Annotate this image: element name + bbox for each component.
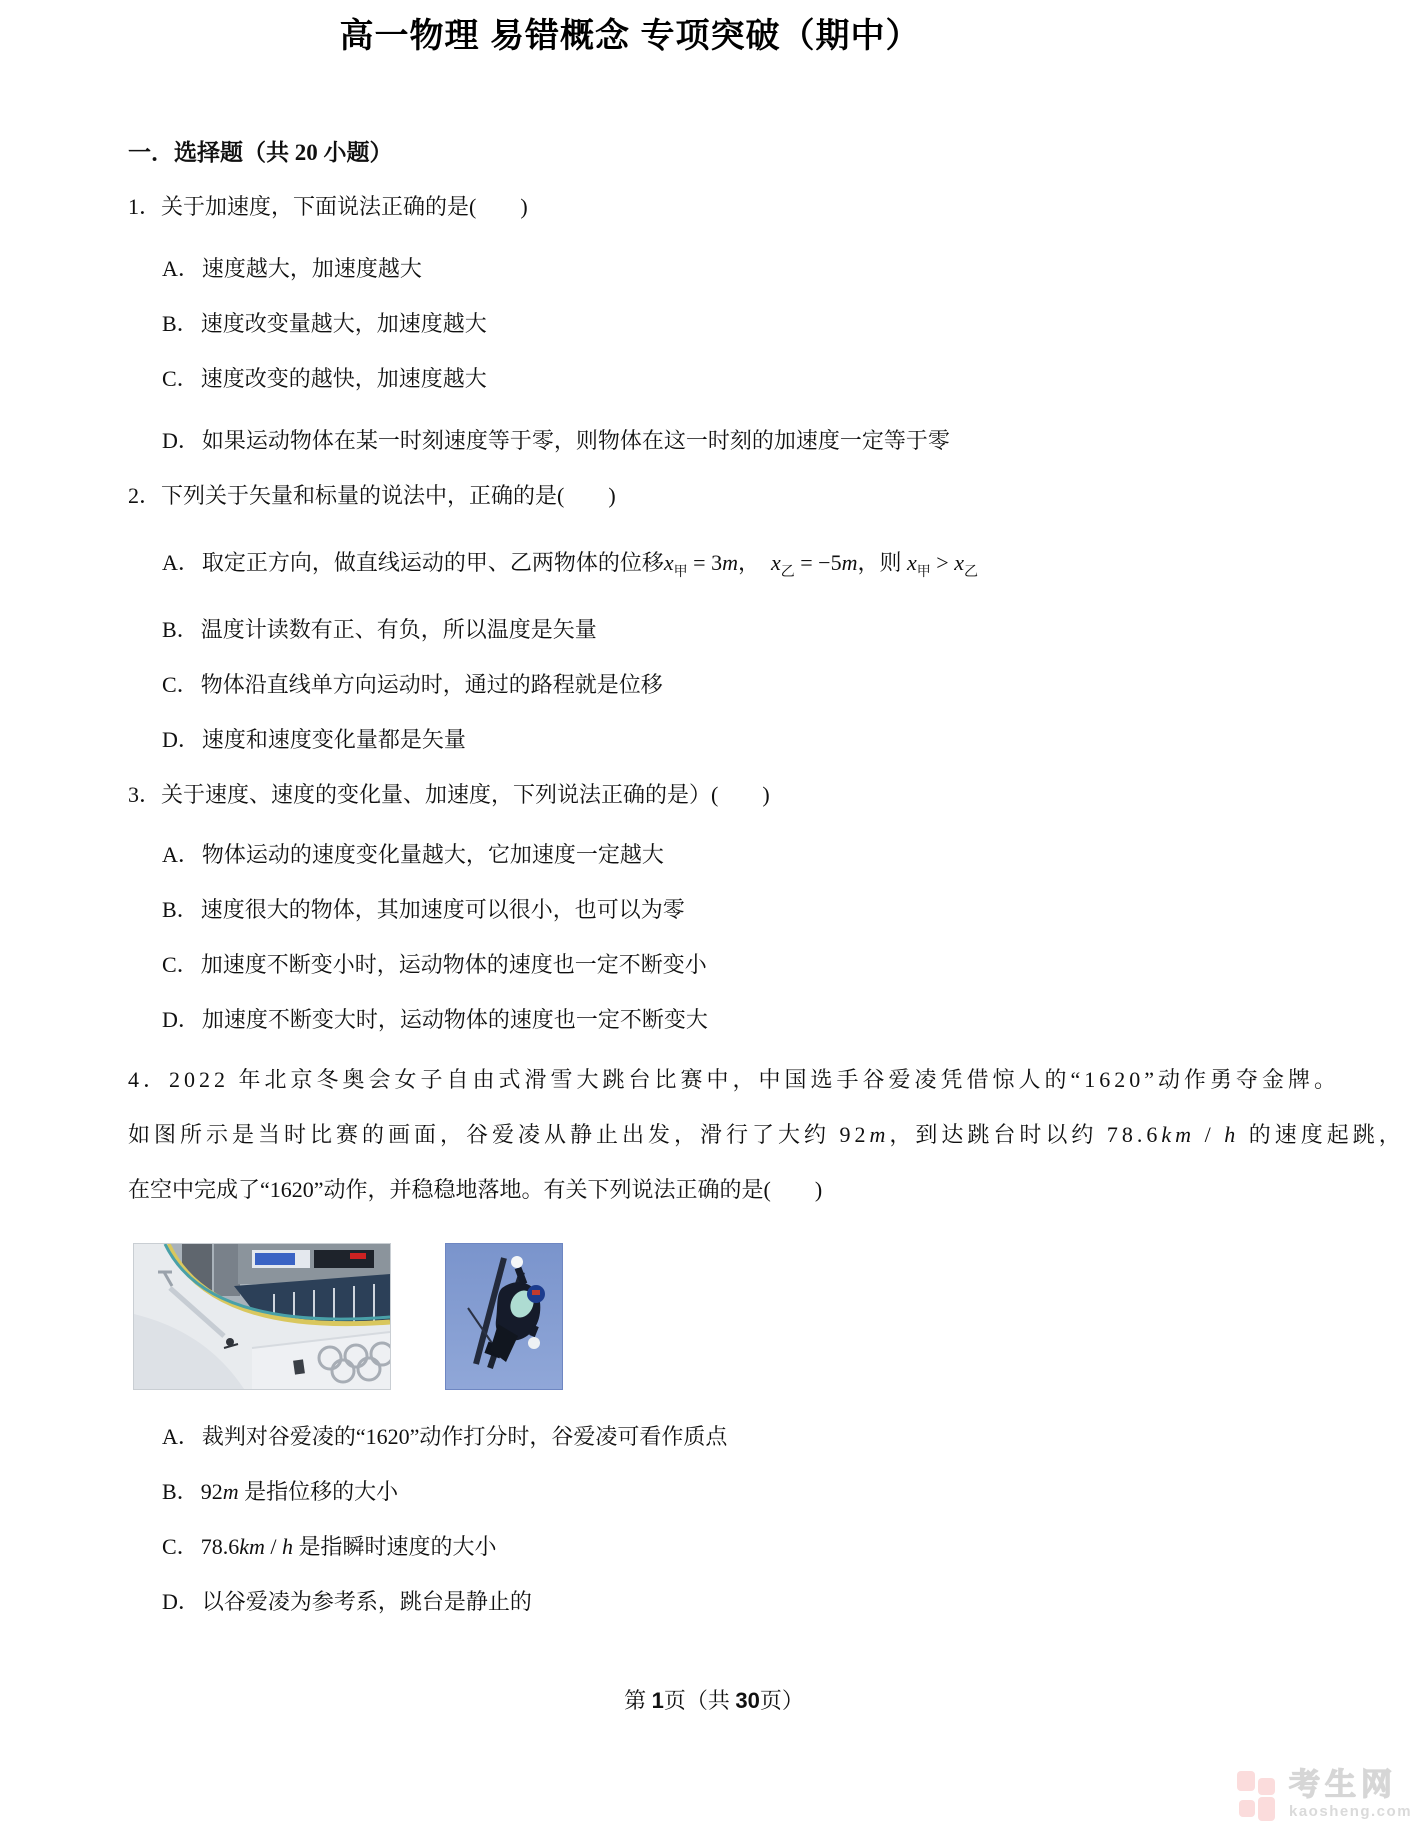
option-text: 物体运动的速度变化量越大，它加速度一定越大 <box>202 838 664 869</box>
question-4-stem-line-2: 如图所示是当时比赛的画面，谷爱凌从静止出发，滑行了大约 92m，到达跳台时以约 … <box>128 1106 1348 1161</box>
question-1-option-b: B． 速度改变量越大，加速度越大 <box>128 295 1348 350</box>
option-label: D． <box>162 424 200 455</box>
question-3-option-b: B． 速度很大的物体，其加速度可以很小，也可以为零 <box>128 881 1348 936</box>
question-3: 3． 关于速度、速度的变化量、加速度，下列说法正确的是）( ) A． 物体运动的… <box>128 766 1348 1046</box>
question-3-stem: 3． 关于速度、速度的变化量、加速度，下列说法正确的是）( ) <box>128 766 1348 821</box>
question-4-figures <box>128 1243 1348 1388</box>
question-1-option-d: D． 如果运动物体在某一时刻速度等于零，则物体在这一时刻的加速度一定等于零 <box>128 412 1348 467</box>
option-text: 以谷爱凌为参考系，跳台是静止的 <box>202 1585 532 1616</box>
option-text-math: 92m 是指位移的大小 <box>201 1475 398 1506</box>
question-3-option-d: D． 加速度不断变大时，运动物体的速度也一定不断变大 <box>128 991 1348 1046</box>
question-3-option-a: A． 物体运动的速度变化量越大，它加速度一定越大 <box>128 826 1348 881</box>
option-text: 速度很大的物体，其加速度可以很小，也可以为零 <box>201 893 685 924</box>
option-text: 温度计读数有正、有负，所以温度是矢量 <box>201 613 597 644</box>
option-label: B． <box>162 613 199 644</box>
page-number-footer: 第 1页（共 30页） <box>0 1684 1428 1712</box>
question-1: 1． 关于加速度，下面说法正确的是( ) A． 速度越大，加速度越大 B． 速度… <box>128 178 1348 467</box>
option-label: A． <box>162 546 200 577</box>
option-label: C． <box>162 948 199 979</box>
option-label: A． <box>162 838 200 869</box>
option-text: 物体沿直线单方向运动时，通过的路程就是位移 <box>201 668 663 699</box>
question-4-option-a: A． 裁判对谷爱凌的“1620”动作打分时，谷爱凌可看作质点 <box>128 1408 1348 1463</box>
question-4-text: 如图所示是当时比赛的画面，谷爱凌从静止出发，滑行了大约 92m，到达跳台时以约 … <box>128 1118 1405 1149</box>
option-label: B． <box>162 893 199 924</box>
option-text: 裁判对谷爱凌的“1620”动作打分时，谷爱凌可看作质点 <box>202 1420 728 1451</box>
question-2-number: 2． <box>128 479 161 510</box>
option-text: 速度改变的越快，加速度越大 <box>201 362 487 393</box>
option-label: C． <box>162 668 199 699</box>
question-1-number: 1． <box>128 190 161 221</box>
question-4-option-b: B． 92m 是指位移的大小 <box>128 1463 1348 1518</box>
option-text-math: 78.6km / h 是指瞬时速度的大小 <box>201 1530 497 1561</box>
question-3-number: 3． <box>128 778 161 809</box>
kaosheng-logo-icon <box>1237 1769 1279 1823</box>
option-label: D． <box>162 723 200 754</box>
option-label: B． <box>162 1475 199 1506</box>
option-label: B． <box>162 307 199 338</box>
section-header: 一．选择题（共 20 小题） <box>128 123 1348 178</box>
exam-body: 一．选择题（共 20 小题） 1． 关于加速度，下面说法正确的是( ) A． 速… <box>128 123 1348 1628</box>
question-1-stem: 1． 关于加速度，下面说法正确的是( ) <box>128 178 1348 233</box>
question-3-text: 关于速度、速度的变化量、加速度，下列说法正确的是）( ) <box>161 778 770 809</box>
skier-midair-photo <box>445 1243 563 1390</box>
watermark-text: 考生网 kaosheng.com <box>1289 1769 1412 1820</box>
question-4-stem-line-3: 在空中完成了“1620”动作，并稳稳地落地。有关下列说法正确的是( ) <box>128 1161 1348 1216</box>
option-label: D． <box>162 1003 200 1034</box>
option-text-math: 取定正方向，做直线运动的甲、乙两物体的位移x甲 = 3m， x乙 = −5m，则… <box>202 546 978 577</box>
olympic-ramp-photo <box>133 1243 391 1390</box>
option-text: 速度越大，加速度越大 <box>202 252 422 283</box>
exam-page: 高一物理 易错概念 专项突破（期中） 一．选择题（共 20 小题） 1． 关于加… <box>0 0 1428 1838</box>
page-title: 高一物理 易错概念 专项突破（期中） <box>0 8 1260 57</box>
option-label: D． <box>162 1585 200 1616</box>
option-label: A． <box>162 252 200 283</box>
option-text: 速度和速度变化量都是矢量 <box>202 723 466 754</box>
option-text: 速度改变量越大，加速度越大 <box>201 307 487 338</box>
option-label: C． <box>162 1530 199 1561</box>
question-4-text: 2022 年北京冬奥会女子自由式滑雪大跳台比赛中，中国选手谷爱凌凭借惊人的“16… <box>169 1063 1340 1094</box>
question-4-option-d: D． 以谷爱凌为参考系，跳台是静止的 <box>128 1573 1348 1628</box>
question-2: 2． 下列关于矢量和标量的说法中，正确的是( ) A． 取定正方向，做直线运动的… <box>128 467 1348 766</box>
watermark-brand: 考生网 <box>1289 1769 1412 1800</box>
question-2-stem: 2． 下列关于矢量和标量的说法中，正确的是( ) <box>128 467 1348 522</box>
question-4-text: 在空中完成了“1620”动作，并稳稳地落地。有关下列说法正确的是( ) <box>128 1173 822 1204</box>
question-4-stem-line-1: 4． 2022 年北京冬奥会女子自由式滑雪大跳台比赛中，中国选手谷爱凌凭借惊人的… <box>128 1051 1348 1106</box>
question-2-text: 下列关于矢量和标量的说法中，正确的是( ) <box>161 479 616 510</box>
question-4-number: 4． <box>128 1063 169 1094</box>
watermark-domain: kaosheng.com <box>1289 1803 1412 1820</box>
option-text: 加速度不断变大时，运动物体的速度也一定不断变大 <box>202 1003 708 1034</box>
option-label: A． <box>162 1420 200 1451</box>
option-text: 如果运动物体在某一时刻速度等于零，则物体在这一时刻的加速度一定等于零 <box>202 424 950 455</box>
question-2-option-c: C． 物体沿直线单方向运动时，通过的路程就是位移 <box>128 656 1348 711</box>
question-2-option-b: B． 温度计读数有正、有负，所以温度是矢量 <box>128 601 1348 656</box>
question-4-option-c: C． 78.6km / h 是指瞬时速度的大小 <box>128 1518 1348 1573</box>
question-1-text: 关于加速度，下面说法正确的是( ) <box>161 190 528 221</box>
question-2-option-d: D． 速度和速度变化量都是矢量 <box>128 711 1348 766</box>
question-4: 4． 2022 年北京冬奥会女子自由式滑雪大跳台比赛中，中国选手谷爱凌凭借惊人的… <box>128 1051 1348 1628</box>
option-label: C． <box>162 362 199 393</box>
option-text: 加速度不断变小时，运动物体的速度也一定不断变小 <box>201 948 707 979</box>
question-3-option-c: C． 加速度不断变小时，运动物体的速度也一定不断变小 <box>128 936 1348 991</box>
question-1-option-c: C． 速度改变的越快，加速度越大 <box>128 350 1348 405</box>
kaosheng-watermark: 考生网 kaosheng.com <box>1237 1769 1412 1823</box>
question-2-option-a: A． 取定正方向，做直线运动的甲、乙两物体的位移x甲 = 3m， x乙 = −5… <box>128 534 1348 589</box>
question-1-option-a: A． 速度越大，加速度越大 <box>128 240 1348 295</box>
